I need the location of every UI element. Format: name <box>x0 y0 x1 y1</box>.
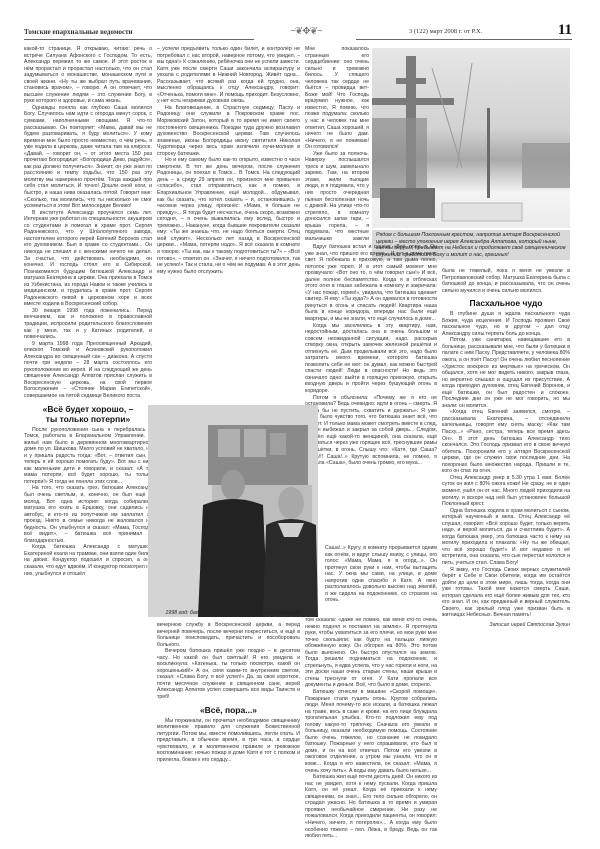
paragraph: 9 марта 1998 года Преосвященный Аркадий,… <box>24 341 152 400</box>
paragraph: какой-то странице. Я открываю, читаю: ре… <box>24 46 152 105</box>
paragraph: В институте Александр проучился семь лет… <box>24 210 152 308</box>
column-2-top: – успели предъявить только один билет, и… <box>157 46 300 402</box>
issue-info: 3 (122) март 2008 г. от Р.Х. <box>409 28 482 35</box>
ornament-icon: ~❦✥❦~ <box>256 26 356 40</box>
column-3-top: Мне показалось странным его сердцебиение… <box>305 46 369 242</box>
column-3-middle: Вдруг батюшка встал и сказал: «Всё, пора… <box>305 244 437 544</box>
paragraph: На того, что сказать грех, батюшки Алекс… <box>24 485 152 544</box>
paragraph: Вдруг батюшка встал и сказал: «Всё, пора… <box>305 244 437 323</box>
paragraph: Батюшка жил ещё почти десять дней. Он ни… <box>305 774 437 838</box>
column-5: была не тяжелый, пока я меня не увезли в… <box>442 268 570 838</box>
couple-photo <box>148 405 318 617</box>
column-1: какой-то странице. Я открываю, читаю: ре… <box>24 46 152 838</box>
paragraph: – успели предъявить только один билет, и… <box>157 46 300 105</box>
paragraph: вечернюю службу в Воскресенской церкви, … <box>157 622 300 648</box>
paragraph: «Когда отец Евгений заявился, смотрю, – … <box>442 409 570 474</box>
column-2-bottom: вечернюю службу в Воскресенской церкви, … <box>157 622 300 838</box>
paragraph: Но и ему самому было как-то открыто, изв… <box>157 157 300 275</box>
priest-and-wife-image <box>148 405 318 617</box>
subheading-line: ты только потерпи» <box>24 414 152 424</box>
header-rule-right <box>356 39 572 40</box>
cross-photo <box>372 48 570 228</box>
subheading-line: «Всё будет хорошо, – <box>24 404 152 414</box>
paragraph: том сказала: «даже не помню, как меня кт… <box>305 617 437 689</box>
paragraph: была не тяжелый, пока я меня не увезли в… <box>442 268 570 294</box>
caption-text: 1998 год: батюшка Александр и матушка Ек… <box>165 610 300 616</box>
publication-title: Томские епархиальные ведомости <box>24 28 133 36</box>
cross-icon <box>372 48 570 228</box>
column-4: том сказала: «даже не помню, как меня кт… <box>305 617 437 838</box>
subheading-potherpi: «Всё будет хорошо, – ты только потерпи» <box>24 404 152 424</box>
paragraph: В глубине души я ждала пасхального чуда … <box>442 311 570 337</box>
subheading-paskhalnoe-chudo: Пасхальное чудо <box>442 298 570 308</box>
header-rule-left <box>24 39 254 40</box>
paragraph: Потом я объяснила: «Почему же я его не о… <box>305 395 437 467</box>
paragraph: После рукоположения сына я перебралась в… <box>24 427 152 486</box>
column-3-side: Саша!..» Кругу, в комнату прорывается од… <box>325 545 437 615</box>
paragraph: Вечером батюшка пришёл уже поздно – в де… <box>157 648 300 700</box>
paragraph: Батюшку отнесли в машине «Скорой помощи»… <box>305 689 437 774</box>
paragraph: Когда батюшка Александр с матушкой Екате… <box>24 544 152 577</box>
paragraph: Саша!..» Кругу, в комнату прорывается од… <box>325 545 437 604</box>
paragraph: Потом, уже санитарка, навещавшие его в б… <box>442 337 570 409</box>
paragraph: Мне показалось странным его сердцебиение… <box>305 46 369 151</box>
page-header: Томские епархиальные ведомости ~❦✥❦~ 3 (… <box>24 26 572 42</box>
paragraph: Однажды поняла как глубоко Саша молился … <box>24 105 152 210</box>
page-number: 11 <box>558 22 572 39</box>
couple-photo-caption: 1998 год: батюшка Александр и матушка Ек… <box>148 610 318 617</box>
paragraph: На Благовещение, в Страстную седмицу, Па… <box>157 105 300 157</box>
paragraph: Мы поужинали, он прочитал необходимое св… <box>157 718 300 764</box>
paragraph: Отец Александр умер в 5.30 утра 1 мая. Б… <box>442 475 570 508</box>
paragraph: 30 января 1998 года поженились. Перед ве… <box>24 308 152 341</box>
subheading-pora: «Всё, пора...» <box>157 705 300 715</box>
paragraph: Когда мы заселились в эту квартиру, нам,… <box>305 323 437 395</box>
paragraph: Уже было за полночь. Наверху послышался … <box>305 151 369 242</box>
paragraph: Одна батюшка ходила в храм молиться с сы… <box>442 508 570 567</box>
author-signature: Записал иерей Святослав Зулин <box>442 622 570 629</box>
paragraph: Я вижу, что Господь Своих верных служите… <box>442 567 570 619</box>
